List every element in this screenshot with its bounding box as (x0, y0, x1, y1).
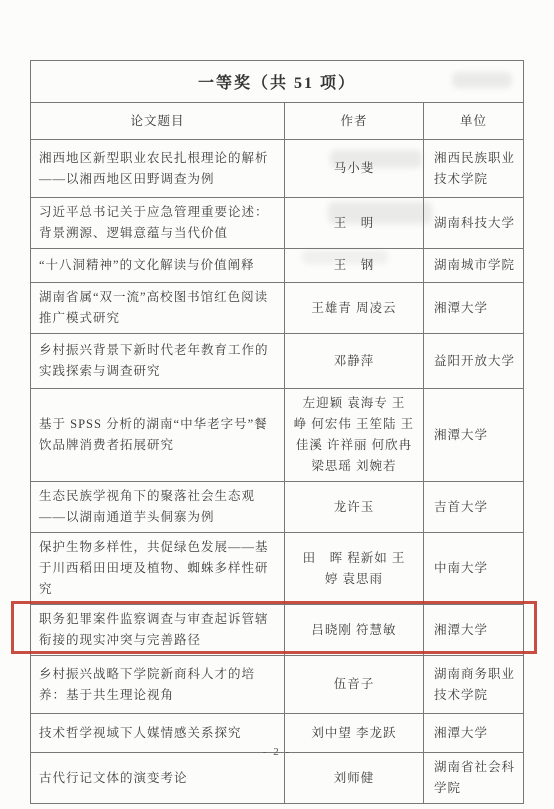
table-row: 湘西地区新型职业农民扎根理论的解析——以湘西地区田野调查为例 马小斐 湘西民族职… (31, 139, 523, 197)
table-row: 古代行记文体的演变考论 刘师健 湖南省社会科学院 (31, 752, 523, 803)
paper-title-cell: 保护生物多样性，共促绿色发展——基于川西稻田田埂及植物、蜘蛛多样性研究 (31, 533, 285, 604)
authors-cell: 刘师健 (285, 753, 424, 803)
unit-cell: 湘西民族职业技术学院 (424, 140, 523, 197)
table-row: 乡村振兴战略下学院新商科人才的培养：基于共生理论视角 伍音子 湖南商务职业技术学… (31, 655, 523, 713)
table-row: 习近平总书记关于应急管理重要论述：背景溯源、逻辑意蕴与当代价值 王 明 湖南科技… (31, 197, 523, 248)
table-row: 湖南省属“双一流”高校图书馆红色阅读推广模式研究 王雄青 周凌云 湘潭大学 (31, 282, 523, 333)
authors-cell: 王 钢 (285, 249, 424, 282)
paper-title-cell: 古代行记文体的演变考论 (31, 753, 285, 803)
authors-cell: 邓静萍 (285, 334, 424, 388)
table-row: “十八洞精神”的文化解读与价值阐释 王 钢 湖南城市学院 (31, 248, 523, 282)
authors-cell: 伍音子 (285, 656, 424, 713)
authors-cell: 王雄青 周凌云 (285, 283, 424, 333)
section-title: 一等奖（共 51 项） (198, 70, 356, 93)
column-header-unit: 单位 (424, 103, 523, 139)
unit-cell: 湘潭大学 (424, 605, 523, 655)
paper-title-cell: 生态民族学视角下的聚落社会生态观——以湖南通道芋头侗寨为例 (31, 482, 285, 532)
paper-title-cell: 乡村振兴背景下新时代老年教育工作的实践探索与调查研究 (31, 334, 285, 388)
award-table: 一等奖（共 51 项） 论文题目 作者 单位 湘西地区新型职业农民扎根理论的解析… (30, 60, 524, 804)
unit-cell: 湖南省社会科学院 (424, 753, 523, 803)
paper-title-cell: 习近平总书记关于应急管理重要论述：背景溯源、逻辑意蕴与当代价值 (31, 198, 285, 248)
authors-cell: 田 晖 程新如 王 婷 袁思雨 (285, 533, 424, 604)
unit-cell: 益阳开放大学 (424, 334, 523, 388)
column-header-authors: 作者 (285, 103, 424, 139)
paper-title-cell: 职务犯罪案件监察调查与审查起诉管辖衔接的现实冲突与完善路径 (31, 605, 285, 655)
section-title-row: 一等奖（共 51 项） (31, 61, 523, 102)
authors-cell: 龙许玉 (285, 482, 424, 532)
unit-cell: 湖南科技大学 (424, 198, 523, 248)
table-header-row: 论文题目 作者 单位 (31, 102, 523, 139)
authors-cell: 马小斐 (285, 140, 424, 197)
paper-title-cell: 乡村振兴战略下学院新商科人才的培养：基于共生理论视角 (31, 656, 285, 713)
authors-cell: 吕晓刚 符慧敏 (285, 605, 424, 655)
paper-title-cell: 基于 SPSS 分析的湖南“中华老字号”餐饮品牌消费者拓展研究 (31, 389, 285, 481)
table-row: 保护生物多样性，共促绿色发展——基于川西稻田田埂及植物、蜘蛛多样性研究 田 晖 … (31, 532, 523, 604)
unit-cell: 吉首大学 (424, 482, 523, 532)
unit-cell: 湘潭大学 (424, 283, 523, 333)
paper-title-cell: “十八洞精神”的文化解读与价值阐释 (31, 249, 285, 282)
table-row: 乡村振兴背景下新时代老年教育工作的实践探索与调查研究 邓静萍 益阳开放大学 (31, 333, 523, 388)
authors-cell: 左迎颖 袁海专 王 峥 何宏伟 王笙陆 王佳溪 许祥丽 何欣冉 梁思瑶 刘婉若 (285, 389, 424, 481)
unit-cell: 中南大学 (424, 533, 523, 604)
paper-title-cell: 湘西地区新型职业农民扎根理论的解析——以湘西地区田野调查为例 (31, 140, 285, 197)
authors-cell: 王 明 (285, 198, 424, 248)
unit-cell: 湖南商务职业技术学院 (424, 656, 523, 713)
table-row-highlighted: 职务犯罪案件监察调查与审查起诉管辖衔接的现实冲突与完善路径 吕晓刚 符慧敏 湘潭… (31, 604, 523, 655)
paper-title-cell: 湖南省属“双一流”高校图书馆红色阅读推广模式研究 (31, 283, 285, 333)
table-row: 生态民族学视角下的聚落社会生态观——以湖南通道芋头侗寨为例 龙许玉 吉首大学 (31, 481, 523, 532)
table-row: 基于 SPSS 分析的湖南“中华老字号”餐饮品牌消费者拓展研究 左迎颖 袁海专 … (31, 388, 523, 481)
unit-cell: 湖南城市学院 (424, 249, 523, 282)
scanned-document-page: 一等奖（共 51 项） 论文题目 作者 单位 湘西地区新型职业农民扎根理论的解析… (0, 0, 554, 809)
column-header-title: 论文题目 (31, 103, 285, 139)
page-number: - 2 - (0, 746, 554, 758)
unit-cell: 湘潭大学 (424, 389, 523, 481)
